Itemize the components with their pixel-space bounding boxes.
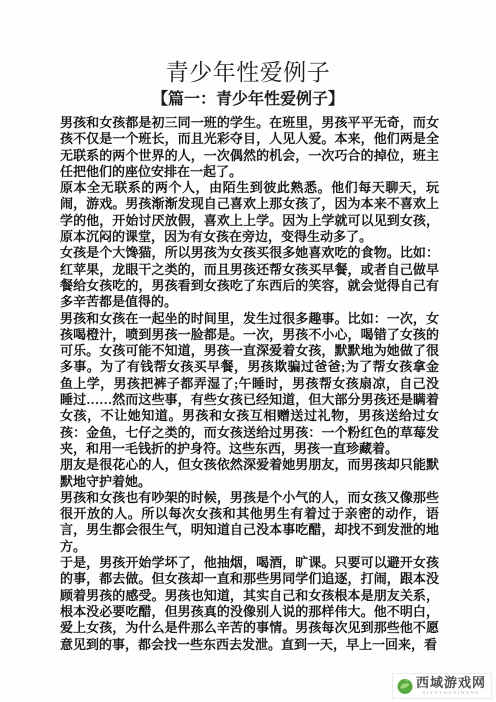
- watermark: 西域游戏网 XIYUYOUXIWANG: [392, 673, 492, 699]
- paragraph: 朋友是很花心的人，但女孩依然深爱着她男朋友，而男孩却只能默默地守护着她。: [60, 457, 439, 490]
- paragraph: 男孩和女孩都是初三同一班的学生。在班里，男孩平平无奇，而女孩不仅是一个班长，而且…: [60, 115, 439, 180]
- document-page: 青少年性爱例子 【篇一：青少年性爱例子】 男孩和女孩都是初三同一班的学生。在班里…: [0, 0, 496, 702]
- paragraph: 原本全无联系的两个人，由陌生到彼此熟悉。他们每天聊天，玩闹，游戏。男孩渐渐发现自…: [60, 180, 439, 245]
- watermark-site-subtext: XIYUYOUXIWANG: [422, 690, 479, 696]
- watermark-site-name: 西域游戏网: [416, 676, 486, 690]
- section-heading: 【篇一：青少年性爱例子】: [0, 86, 496, 109]
- document-body: 男孩和女孩都是初三同一班的学生。在班里，男孩平平无奇，而女孩不仅是一个班长，而且…: [60, 115, 439, 653]
- paragraph: 于是，男孩开始学坏了，他抽烟，喝酒，旷课。只要可以避开女孩的事，都去做。但女孩却…: [60, 555, 439, 653]
- document-title: 青少年性爱例子: [0, 54, 496, 87]
- paragraph: 女孩是个大馋猫，所以男孩为女孩买很多她喜欢吃的食物。比如：红苹果，龙眼干之类的，…: [60, 245, 439, 310]
- paragraph: 男孩和女孩也有吵架的时候，男孩是个小气的人，而女孩又像那些很开放的人。所以每次女…: [60, 490, 439, 555]
- leaf-globe-icon: [396, 677, 414, 695]
- paragraph: 男孩和女孩在一起坐的时间里，发生过很多趣事。比如：一次，女孩喝橙汁，喷到男孩一脸…: [60, 311, 439, 458]
